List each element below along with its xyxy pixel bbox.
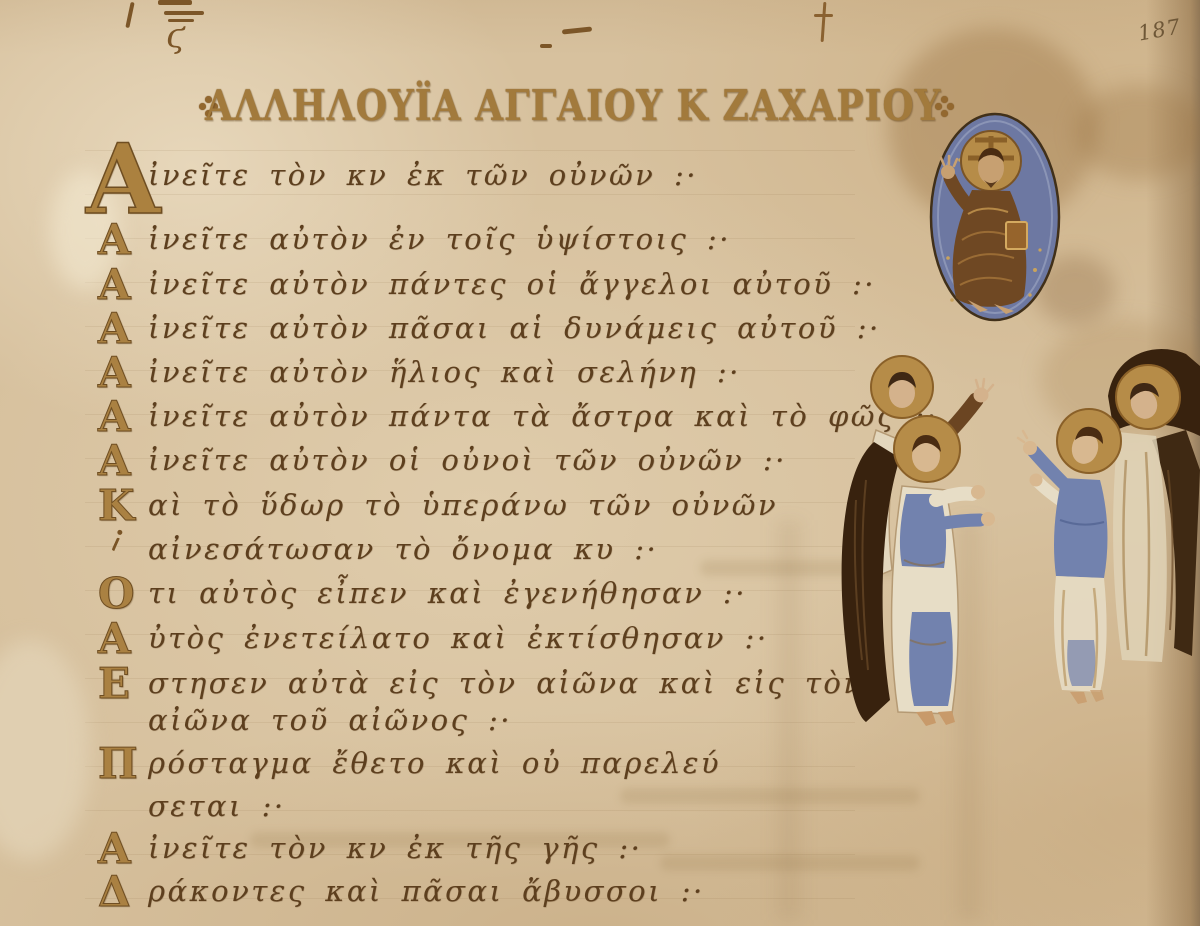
line-text: ράκοντες καὶ πᾶσαι ἄβυσσοι :·	[148, 874, 705, 908]
line-text: ἰνεῖτε αὐτὸν πᾶσαι αἱ δυνάμεις αὐτοῦ :·	[148, 311, 881, 345]
psalm-line: Α ἰνεῖτε αὐτὸν οἱ οὐνοὶ τῶν οὐνῶν :·	[148, 443, 787, 477]
christ-in-mandorla-icon	[931, 114, 1059, 320]
psalm-line: Α ἰνεῖτε τὸν κν ἐκ τῶν οὐνῶν :·	[148, 158, 698, 192]
illuminated-initial: Α	[98, 215, 133, 264]
line-text: ὐτὸς ἐνετείλατο καὶ ἐκτίσθησαν :·	[148, 621, 769, 655]
parchment-highlight	[0, 640, 90, 860]
illuminated-initial: Α	[98, 260, 133, 309]
angel-group-right-icon	[1018, 349, 1200, 704]
illuminated-initial: Α	[98, 392, 133, 441]
line-text: ἰνεῖτε αὐτὸν ἐν τοῖς ὑψίστοις :·	[148, 222, 731, 256]
psalm-line: Ο τι αὐτὸς εἶπεν καὶ ἐγενήθησαν :·	[148, 576, 747, 610]
line-text: τι αὐτὸς εἶπεν καὶ ἐγενήθησαν :·	[148, 576, 747, 610]
line-text: ἰνεῖτε τὸν κν ἐκ τῶν οὐνῶν :·	[148, 158, 698, 192]
line-text: σεται :·	[148, 789, 286, 823]
psalm-line: Α ἰνεῖτε αὐτὸν ἥλιος καὶ σελήνη :·	[148, 355, 741, 389]
show-through-text	[700, 560, 920, 576]
psalm-line: Κ αὶ τὸ ὕδωρ τὸ ὑπεράνω τῶν οὐνῶν	[148, 488, 778, 522]
line-text: ἰνεῖτε αὐτὸν πάντες οἱ ἄγγελοι αὐτοῦ :·	[148, 267, 876, 301]
psalm-header: ΑΛΛΗΛΟΥΪΑ ΑΓΓΑΙΟΥ Κ ΖΑΧΑΡΙΟΥ	[205, 76, 825, 136]
psalm-line: Ε στησεν αὐτὰ εἰς τὸν αἰῶνα καὶ εἰς τὸν	[148, 666, 863, 700]
illuminated-initial: Κ	[98, 481, 137, 530]
show-through-text	[620, 788, 920, 804]
psalm-line: Α ἰνεῖτε αὐτὸν πάντες οἱ ἄγγελοι αὐτοῦ :…	[148, 267, 876, 301]
psalm-line: Α ὐτὸς ἐνετείλατο καὶ ἐκτίσθησαν :·	[148, 621, 769, 655]
illuminated-initial: Ε	[98, 659, 133, 708]
line-text: ἰνεῖτε αὐτὸν ἥλιος καὶ σελήνη :·	[148, 355, 741, 389]
quire-signature-mark: ϛ	[128, 0, 238, 62]
fold-shadow	[950, 520, 988, 920]
folio-number: 187	[1136, 14, 1183, 45]
illuminated-initial: Α	[86, 142, 163, 219]
manuscript-page: ϛ 187 ΑΛΛΗΛΟΥΪΑ ΑΓΓΑΙΟΥ Κ ΖΑΧΑΡΙΟΥ Α ἰνε…	[0, 0, 1200, 926]
trimmed-text-remnant	[540, 44, 552, 48]
illuminated-initial: Δ	[98, 867, 133, 916]
psalm-line: Α ἰνεῖτε αὐτὸν πᾶσαι αἱ δυνάμεις αὐτοῦ :…	[148, 311, 881, 345]
illuminated-initial: Α	[98, 436, 133, 485]
psalm-line: αἰνεσάτωσαν τὸ ὄνομα κυ :·	[148, 532, 658, 566]
psalm-line: Δ ράκοντες καὶ πᾶσαι ἄβυσσοι :·	[148, 874, 705, 908]
marginal-tick-icon	[111, 537, 123, 553]
cross-mark	[812, 2, 834, 44]
line-text: ἰνεῖτε τὸν κν ἐκ τῆς γῆς :·	[148, 831, 642, 865]
psalm-line: αἰῶνα τοῦ αἰῶνος :·	[148, 703, 512, 737]
show-through-text	[660, 855, 920, 871]
psalm-line: Α ἰνεῖτε τὸν κν ἐκ τῆς γῆς :·	[148, 831, 642, 865]
line-text: στησεν αὐτὰ εἰς τὸν αἰῶνα καὶ εἰς τὸν	[148, 666, 863, 700]
line-text: αἰνεσάτωσαν τὸ ὄνομα κυ :·	[148, 532, 658, 566]
quire-letter: ϛ	[166, 16, 185, 56]
line-text: ἰνεῖτε αὐτὸν πάντα τὰ ἄστρα καὶ τὸ φῶς :…	[148, 399, 938, 433]
fold-shadow	[770, 520, 808, 920]
psalm-title: ΑΛΛΗΛΟΥΪΑ ΑΓΓΑΙΟΥ Κ ΖΑΧΑΡΙΟΥ	[205, 81, 941, 131]
line-text: αἰῶνα τοῦ αἰῶνος :·	[148, 703, 512, 737]
line-text: ρόσταγμα ἔθετο καὶ οὐ παρελεύ	[148, 746, 721, 780]
trimmed-text-remnant	[562, 26, 592, 34]
illuminated-initial: Α	[98, 348, 133, 397]
illuminated-initial: Α	[98, 824, 133, 873]
offset-stain	[1040, 320, 1200, 440]
offset-stain	[1035, 255, 1115, 325]
illuminated-initial: Ο	[98, 569, 137, 618]
line-text: αὶ τὸ ὕδωρ τὸ ὑπεράνω τῶν οὐνῶν	[148, 488, 778, 522]
psalm-line: Α ἰνεῖτε αὐτὸν πάντα τὰ ἄστρα καὶ τὸ φῶς…	[148, 399, 938, 433]
illuminated-initial: Α	[98, 614, 133, 663]
psalm-line: Α ἰνεῖτε αὐτὸν ἐν τοῖς ὑψίστοις :·	[148, 222, 731, 256]
psalm-line: σεται :·	[148, 789, 286, 823]
offset-stain	[1075, 85, 1200, 180]
psalm-line: Π ρόσταγμα ἔθετο καὶ οὐ παρελεύ	[148, 746, 721, 780]
line-text: ἰνεῖτε αὐτὸν οἱ οὐνοὶ τῶν οὐνῶν :·	[148, 443, 787, 477]
illuminated-initial: Π	[98, 739, 140, 788]
illuminated-initial: Α	[98, 304, 133, 353]
